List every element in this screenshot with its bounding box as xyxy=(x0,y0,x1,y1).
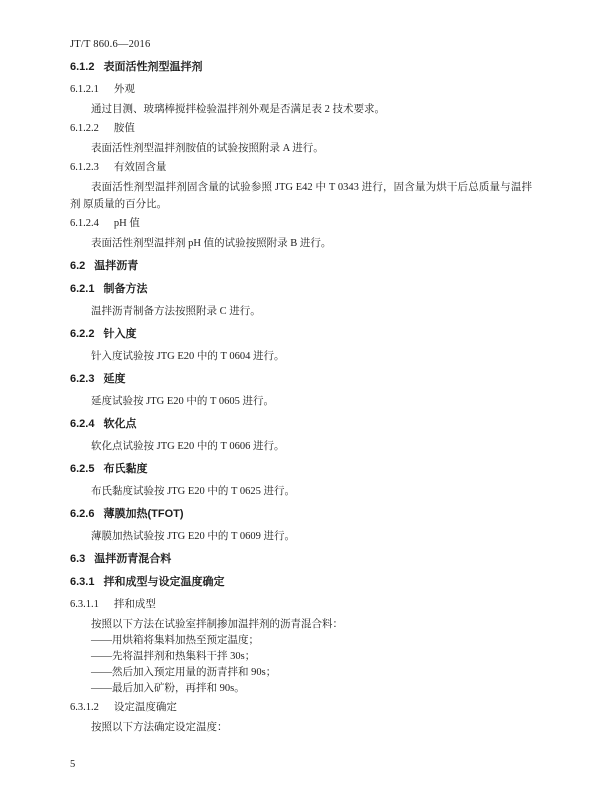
section-number: 6.1.2.4 xyxy=(70,218,99,229)
section-title: 延度 xyxy=(103,373,125,385)
section-number: 6.2.1 xyxy=(70,283,94,295)
section-heading: 6.1.2.3有效固含量 xyxy=(70,159,532,176)
section-number: 6.2.5 xyxy=(70,463,94,475)
document-body: 6.1.2表面活性剂型温拌剂6.1.2.1外观通过目测、玻璃棒搅拌检验温拌剂外观… xyxy=(70,59,532,736)
section-number: 6.3.1.1 xyxy=(70,599,99,610)
paragraph: 通过目测、玻璃棒搅拌检验温拌剂外观是否满足表 2 技术要求。 xyxy=(70,101,532,118)
section-heading: 6.3.1.1拌和成型 xyxy=(70,596,532,613)
paragraph: 延度试验按 JTG E20 中的 T 0605 进行。 xyxy=(70,393,532,410)
section-title: 胺值 xyxy=(114,123,135,134)
section-heading: 6.2.4软化点 xyxy=(70,416,532,433)
section-title: 软化点 xyxy=(103,418,136,430)
list-item: ——先将温拌剂和热集料干拌 30s； xyxy=(70,649,532,665)
paragraph: 表面活性剂型温拌剂胺值的试验按照附录 A 进行。 xyxy=(70,140,532,157)
list-item: ——最后加入矿粉，再拌和 90s。 xyxy=(70,681,532,697)
list-item: ——然后加入预定用量的沥青拌和 90s； xyxy=(70,665,532,681)
paragraph: 布氏黏度试验按 JTG E20 中的 T 0625 进行。 xyxy=(70,483,532,500)
section-number: 6.1.2.1 xyxy=(70,84,99,95)
section-heading: 6.1.2.4pH 值 xyxy=(70,215,532,232)
section-number: 6.3.1 xyxy=(70,576,94,588)
section-title: 外观 xyxy=(114,84,135,95)
section-number: 6.1.2.3 xyxy=(70,162,99,173)
section-heading: 6.3.1.2设定温度确定 xyxy=(70,699,532,716)
section-number: 6.2.2 xyxy=(70,328,94,340)
section-title: pH 值 xyxy=(114,218,140,229)
section-number: 6.2 xyxy=(70,260,85,272)
section-heading: 6.3.1拌和成型与设定温度确定 xyxy=(70,574,532,591)
document-header: JT/T 860.6—2016 xyxy=(70,36,532,53)
section-number: 6.1.2.2 xyxy=(70,123,99,134)
section-title: 拌和成型 xyxy=(114,599,156,610)
paragraph: 按照以下方法确定设定温度： xyxy=(70,719,532,736)
paragraph: 针入度试验按 JTG E20 中的 T 0604 进行。 xyxy=(70,348,532,365)
page-number: 5 xyxy=(70,759,75,770)
section-title: 针入度 xyxy=(103,328,136,340)
paragraph: 表面活性剂型温拌剂固含量的试验参照 JTG E42 中 T 0343 进行，固含… xyxy=(70,179,532,213)
section-number: 6.2.3 xyxy=(70,373,94,385)
section-title: 表面活性剂型温拌剂 xyxy=(103,61,202,73)
section-heading: 6.1.2.2胺值 xyxy=(70,120,532,137)
section-heading: 6.1.2表面活性剂型温拌剂 xyxy=(70,59,532,76)
section-heading: 6.2温拌沥青 xyxy=(70,258,532,275)
section-heading: 6.2.2针入度 xyxy=(70,326,532,343)
section-title: 温拌沥青 xyxy=(94,260,138,272)
section-number: 6.3 xyxy=(70,553,85,565)
paragraph: 温拌沥青制备方法按照附录 C 进行。 xyxy=(70,303,532,320)
paragraph: 薄膜加热试验按 JTG E20 中的 T 0609 进行。 xyxy=(70,528,532,545)
paragraph: 软化点试验按 JTG E20 中的 T 0606 进行。 xyxy=(70,438,532,455)
section-title: 薄膜加热(TFOT) xyxy=(103,508,183,520)
section-number: 6.3.1.2 xyxy=(70,702,99,713)
section-number: 6.2.6 xyxy=(70,508,94,520)
section-heading: 6.2.5布氏黏度 xyxy=(70,461,532,478)
section-title: 拌和成型与设定温度确定 xyxy=(103,576,224,588)
section-heading: 6.2.6薄膜加热(TFOT) xyxy=(70,506,532,523)
section-title: 温拌沥青混合料 xyxy=(94,553,171,565)
paragraph: 表面活性剂型温拌剂 pH 值的试验按照附录 B 进行。 xyxy=(70,235,532,252)
section-number: 6.1.2 xyxy=(70,61,94,73)
paragraph: 按照以下方法在试验室拌制掺加温拌剂的沥青混合料： xyxy=(70,616,532,633)
section-title: 制备方法 xyxy=(103,283,147,295)
section-title: 有效固含量 xyxy=(114,162,167,173)
section-number: 6.2.4 xyxy=(70,418,94,430)
section-heading: 6.2.3延度 xyxy=(70,371,532,388)
section-heading: 6.2.1制备方法 xyxy=(70,281,532,298)
section-title: 布氏黏度 xyxy=(103,463,147,475)
document-page: JT/T 860.6—2016 6.1.2表面活性剂型温拌剂6.1.2.1外观通… xyxy=(0,0,600,800)
list-item: ——用烘箱将集料加热至预定温度； xyxy=(70,633,532,649)
section-heading: 6.1.2.1外观 xyxy=(70,81,532,98)
section-heading: 6.3温拌沥青混合料 xyxy=(70,551,532,568)
section-title: 设定温度确定 xyxy=(114,702,177,713)
